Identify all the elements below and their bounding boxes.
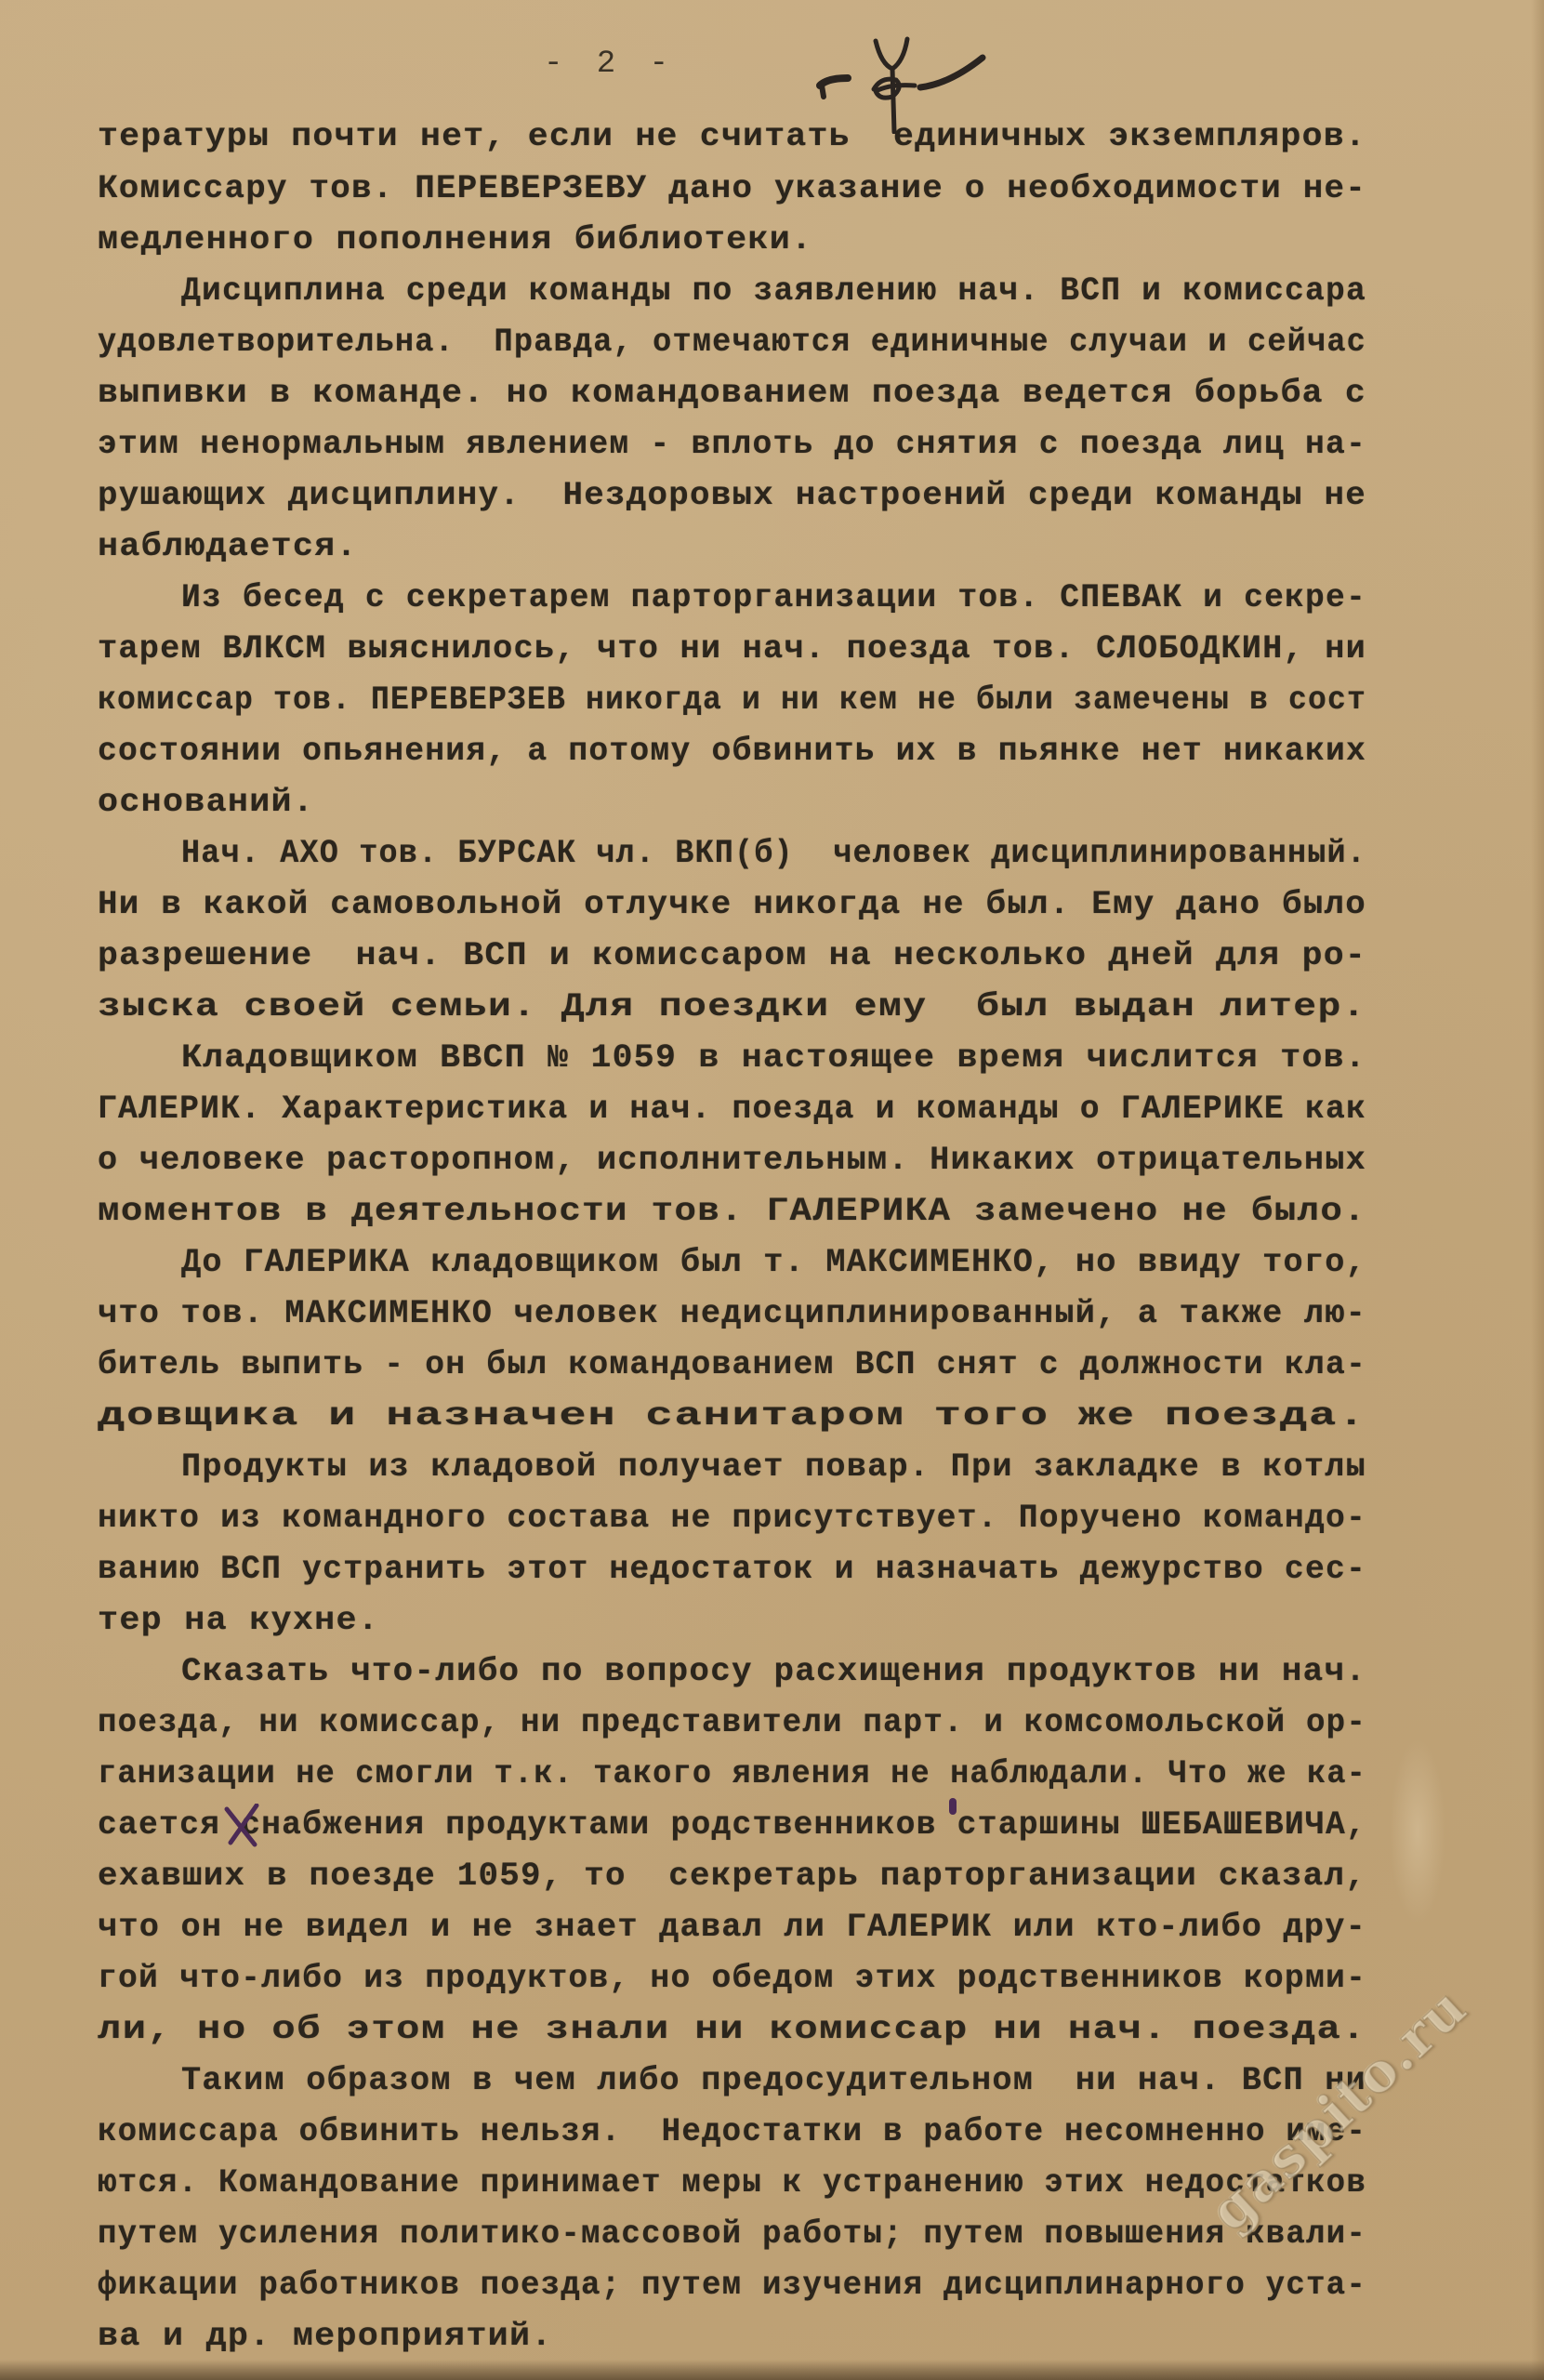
text-line: фикации работников поезда; путем изучени… bbox=[98, 2267, 1366, 2304]
text-line: тарем ВЛКСМ выяснилось, что ни нач. поез… bbox=[98, 630, 1366, 668]
text-line: рушающих дисциплину. Нездоровых настроен… bbox=[98, 477, 1366, 514]
text-line: Продукты из кладовой получает повар. При… bbox=[181, 1448, 1366, 1486]
page-number: - 2 - bbox=[544, 46, 676, 82]
text-line: зыска своей семьи. Для поездки ему был в… bbox=[98, 988, 1366, 1025]
text-line: выпивки в команде. но командованием поез… bbox=[98, 375, 1366, 412]
text-line: что он не видел и не знает давал ли ГАЛЕ… bbox=[98, 1909, 1366, 1946]
text-line: Таким образом в чем либо предосудительно… bbox=[181, 2062, 1366, 2099]
text-line: ганизации не смогли т.к. такого явления … bbox=[98, 1755, 1366, 1792]
text-line: состоянии опьянения, а потому обвинить и… bbox=[98, 733, 1366, 770]
text-line: путем усиления политико-массовой работы;… bbox=[98, 2215, 1366, 2253]
text-line: тер на кухне. bbox=[98, 1602, 379, 1639]
text-line: До ГАЛЕРИКА кладовщиком был т. МАКСИМЕНК… bbox=[181, 1244, 1366, 1281]
text-line: ются. Командование принимает меры к устр… bbox=[98, 2164, 1366, 2201]
ink-correction-mark bbox=[223, 1804, 260, 1848]
text-line: тературы почти нет, если не считать един… bbox=[98, 118, 1366, 155]
text-line: Ни в какой самовольной отлучке никогда н… bbox=[98, 886, 1366, 923]
text-line: гой что-либо из продуктов, но обедом эти… bbox=[98, 1960, 1366, 1997]
text-line: удовлетворительна. Правда, отмечаются ед… bbox=[98, 324, 1366, 361]
document-page: - 2 - тературы почти нет, если не считат… bbox=[0, 0, 1544, 2380]
text-line: комиссара обвинить нельзя. Недостатки в … bbox=[98, 2113, 1366, 2150]
text-line: ванию ВСП устранить этот недостаток и на… bbox=[98, 1551, 1366, 1588]
text-line: моментов в деятельности тов. ГАЛЕРИКА за… bbox=[98, 1193, 1366, 1230]
text-line: ехавших в поезде 1059, то секретарь парт… bbox=[98, 1858, 1366, 1895]
paper-bottom-edge bbox=[0, 2360, 1544, 2380]
text-line: Кладовщиком ВВСП № 1059 в настоящее врем… bbox=[181, 1039, 1366, 1077]
text-line: о человеке расторопном, исполнительным. … bbox=[98, 1142, 1366, 1179]
text-line: битель выпить - он был командованием ВСП… bbox=[98, 1346, 1366, 1383]
text-line: Комиссару тов. ПЕРЕВЕРЗЕВУ дано указание… bbox=[98, 170, 1366, 207]
text-line: Дисциплина среди команды по заявлению на… bbox=[181, 272, 1366, 310]
text-line: что тов. МАКСИМЕНКО человек недисциплини… bbox=[98, 1295, 1366, 1332]
text-line: Из бесед с секретарем парторганизации то… bbox=[181, 579, 1366, 616]
text-line: поезда, ни комиссар, ни представители па… bbox=[98, 1704, 1366, 1741]
text-line: наблюдается. bbox=[98, 528, 358, 565]
text-line: этим ненормальным явлением - вплоть до с… bbox=[98, 426, 1366, 463]
text-line: никто из командного состава не присутств… bbox=[98, 1500, 1366, 1537]
text-line: ли, но об этом не знали ни комиссар ни н… bbox=[98, 2011, 1366, 2048]
ink-correction-dot bbox=[949, 1798, 957, 1815]
text-line: разрешение нач. ВСП и комиссаром на неск… bbox=[98, 937, 1366, 974]
text-line: Нач. АХО тов. БУРСАК чл. ВКП(б) человек … bbox=[181, 835, 1366, 872]
text-line: комиссар тов. ПЕРЕВЕРЗЕВ никогда и ни ке… bbox=[98, 681, 1366, 719]
text-line: ГАЛЕРИК. Характеристика и нач. поезда и … bbox=[98, 1091, 1366, 1128]
text-line: Сказать что-либо по вопросу расхищения п… bbox=[181, 1653, 1366, 1690]
text-line: довщика и назначен санитаром того же пое… bbox=[98, 1397, 1366, 1435]
text-line: медленного пополнения библиотеки. bbox=[98, 221, 812, 258]
paper-stain bbox=[1390, 1739, 1445, 1924]
text-line: сается снабжения продуктами родственнико… bbox=[98, 1806, 1366, 1844]
text-line: оснований. bbox=[98, 784, 314, 821]
paper-right-edge bbox=[1531, 0, 1544, 2380]
text-line: ва и др. мероприятий. bbox=[98, 2318, 553, 2355]
